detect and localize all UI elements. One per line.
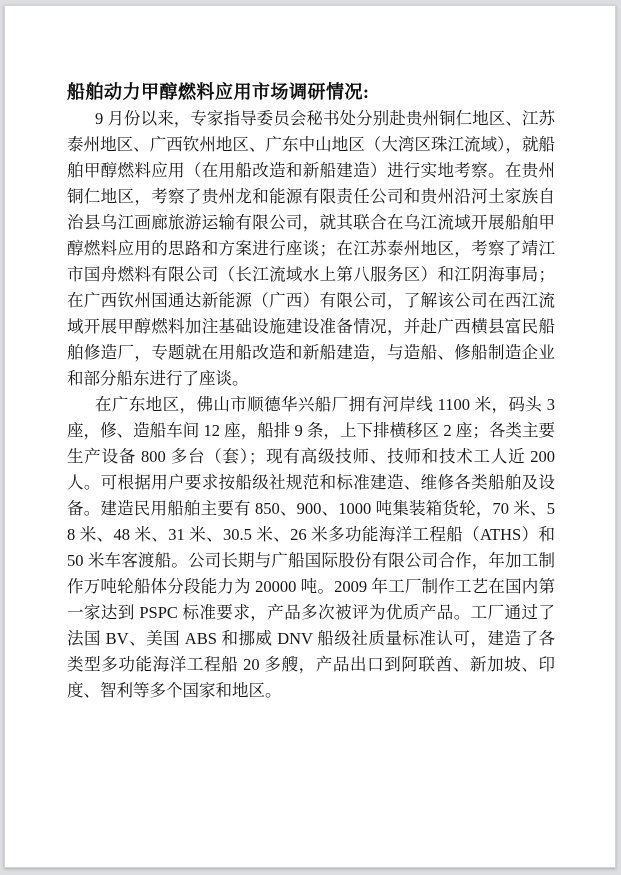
paragraph-guangdong-shipyard: 在广东地区，佛山市顺德华兴船厂拥有河岸线 1100 米，码头 3 座，修、造船车…: [67, 392, 555, 704]
paragraph-survey-overview: 9 月份以来，专家指导委员会秘书处分别赴贵州铜仁地区、江苏泰州地区、广西钦州地区…: [67, 106, 555, 392]
document-page[interactable]: 船舶动力甲醇燃料应用市场调研情况: 9 月份以来，专家指导委员会秘书处分别赴贵州…: [4, 5, 616, 868]
document-title: 船舶动力甲醇燃料应用市场调研情况:: [67, 78, 555, 106]
